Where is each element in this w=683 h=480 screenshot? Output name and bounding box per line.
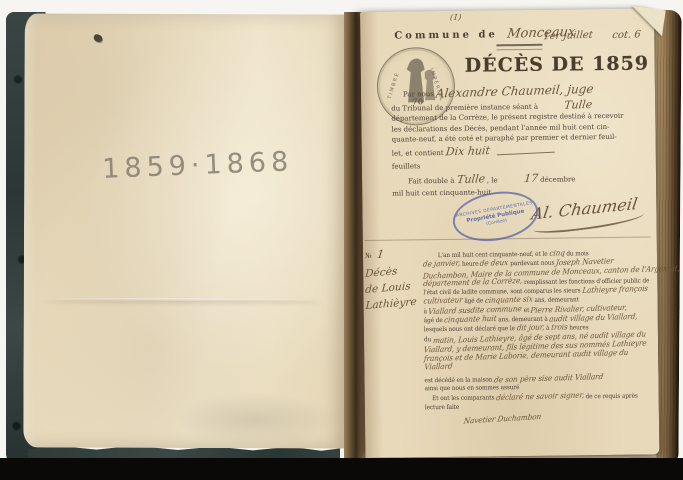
hand-text: Tulle	[456, 174, 485, 185]
print-text: Fait double à	[408, 176, 454, 185]
ink-blot	[93, 33, 104, 43]
hand-text: Dix huit	[445, 146, 490, 158]
print-text: Et ont les comparants	[432, 395, 494, 403]
header-signature: Al. Chaumeil	[532, 199, 644, 230]
hand-text: Viallard	[424, 361, 453, 371]
page-number: (1)	[450, 13, 462, 22]
record-signature: Navetier Duchambon	[463, 412, 542, 426]
print-text: du	[424, 336, 431, 343]
register-title: DÉCÈS DE 1859	[465, 52, 650, 76]
hand-text: déclaré ne savoir signer,	[495, 391, 584, 403]
print-text: lecture faite	[425, 404, 459, 411]
record-line: lecture faite	[425, 400, 648, 412]
hand-text: cinq	[549, 248, 565, 258]
print-text: , le	[487, 176, 498, 184]
preamble: Par nous Alexandre Chaumeil, juge du Tri…	[391, 85, 632, 199]
right-page: (1) Commune de Monceaux 1er juillet cot.…	[360, 8, 659, 458]
hand-text: de deux	[480, 258, 509, 268]
hand-text: cultivateur	[423, 296, 463, 307]
print-text: ans, demeurant	[534, 297, 578, 305]
print-text: Par nous	[403, 90, 434, 98]
commune-label: Commune de	[394, 29, 498, 41]
hand-text: cinquante huit	[444, 314, 497, 325]
print-text: à	[546, 325, 549, 332]
print-text: de ce requis après	[586, 393, 638, 401]
preamble-line: feuillets	[392, 159, 632, 172]
page-corner-fold	[628, 6, 665, 36]
hand-text: Tulle	[564, 99, 593, 110]
hand-text: Lathièyre	[365, 293, 424, 314]
print-text: pardevant nous	[510, 260, 554, 268]
print-text: №	[365, 252, 372, 260]
record-margin-note: № 1 Décès de Louis Lathièyre	[365, 244, 424, 312]
corner-note-line1: 1er juillet	[543, 29, 594, 43]
preamble-line: Fait double à Tulle , le 17 décembre	[392, 172, 632, 186]
print-text: à	[424, 308, 427, 315]
print-text: quante-neuf, a été coté et paraphé par p…	[392, 133, 617, 144]
print-text: département de la Corrèze, le présent re…	[391, 112, 623, 123]
preamble-line: Par nous Alexandre Chaumeil, juge	[391, 85, 631, 100]
print-text: et	[524, 307, 530, 314]
hand-text: 17	[523, 173, 538, 184]
death-record: L'an mil huit cent cinquante-neuf, et le…	[423, 248, 648, 426]
print-text: let, et contient	[392, 148, 444, 157]
print-text: heure	[462, 261, 479, 268]
hand-text: Alexandre Chaumeil, juge	[435, 84, 594, 99]
corner-note: 1er juillet cot. 6	[543, 29, 640, 43]
print-text: âgé de	[464, 298, 483, 305]
hand-text: 1	[376, 247, 385, 263]
ornament-rule	[496, 44, 542, 51]
photo-bottom-edge	[0, 458, 683, 480]
left-page: 1859·1868	[23, 13, 349, 448]
hand-text: dit jour,	[516, 323, 545, 333]
pencil-inscription: 1859·1868	[102, 146, 294, 185]
print-text: du Tribunal de première instance séant à	[391, 102, 538, 112]
print-text: ainsi que nous en sommes assuré	[425, 384, 520, 392]
hand-text: de janvier,	[423, 259, 461, 269]
page-smudge	[173, 392, 338, 448]
preamble-line: let, et contient Dix huit	[392, 144, 632, 158]
print-text: décembre	[540, 175, 575, 183]
print-text: âgé de	[424, 317, 443, 324]
page-crease	[42, 297, 322, 302]
preamble-line: quante-neuf, a été coté et paraphé par p…	[392, 132, 632, 145]
print-text: feuillets	[392, 162, 421, 170]
pen-stroke	[496, 146, 554, 155]
